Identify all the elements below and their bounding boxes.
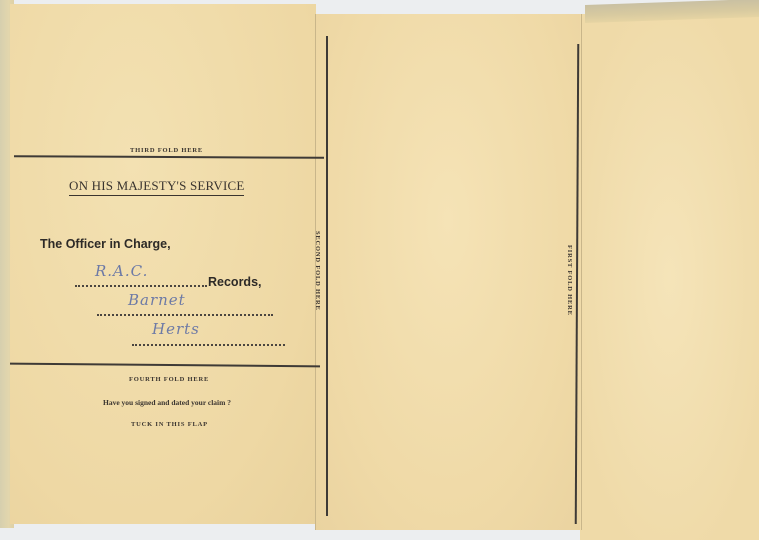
second-fold-line (326, 36, 328, 516)
handwritten-barnet: Barnet (128, 291, 186, 309)
first-fold-label: FIRST FOLD HERE (566, 245, 573, 316)
third-fold-label: THIRD FOLD HERE (130, 147, 203, 154)
records-dotted-line (75, 285, 207, 287)
ohms-heading: ON HIS MAJESTY'S SERVICE (69, 178, 244, 196)
tuck-in-flap-label: TUCK IN THIS FLAP (131, 421, 208, 428)
handwritten-rac: R.A.C. (95, 262, 148, 280)
middle-panel (315, 14, 581, 530)
addressee-line-officer: The Officer in Charge, (40, 237, 171, 251)
second-fold-label: SECOND FOLD HERE (314, 231, 321, 311)
fold-seam-right (581, 14, 582, 530)
handwritten-herts: Herts (152, 320, 200, 338)
address-dotted-line-3 (132, 344, 285, 346)
signed-dated-question: Have you signed and dated your claim ? (103, 398, 231, 407)
address-dotted-line-2 (97, 314, 273, 316)
records-label: Records, (208, 275, 262, 289)
envelope-flap-panel (10, 4, 316, 524)
fourth-fold-label: FOURTH FOLD HERE (129, 376, 209, 383)
right-panel (580, 14, 759, 540)
